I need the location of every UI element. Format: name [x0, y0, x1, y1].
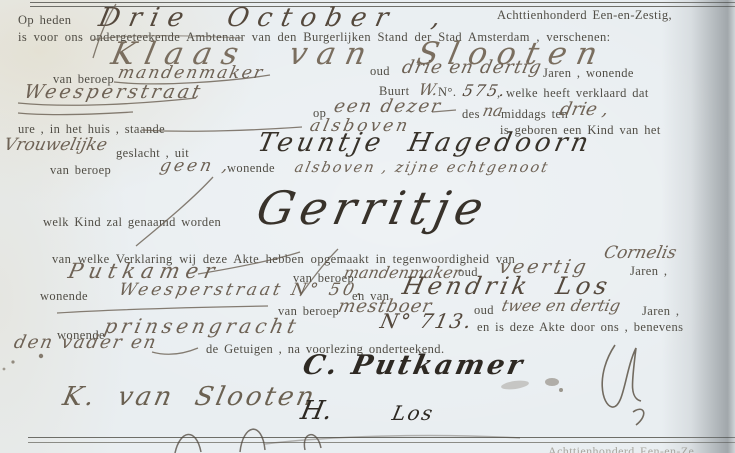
printed-jaren-3: Jaren , — [642, 304, 679, 319]
flourish-vader-tail — [152, 348, 198, 354]
hw-gender: Vrouwelijke — [2, 135, 109, 155]
printed-welk-kind: welk Kind zal genaamd worden — [43, 215, 221, 230]
printed-van-beroep-2: van beroep — [50, 163, 111, 178]
hw-den-vader: den vader en — [12, 332, 160, 353]
hw-witness1-address: Weesperstraat N° 50. — [117, 280, 367, 300]
hw-birth-hour: drie , — [558, 99, 610, 120]
bottom-rule-1 — [28, 437, 735, 438]
printed-jaren-wonende: Jaren , wonende — [543, 66, 634, 81]
printed-op-heden: Op heden — [18, 13, 71, 28]
official-paraph-curl — [633, 409, 644, 425]
hw-mother-occupation: geen , — [158, 156, 233, 176]
signature-witness2-initial: H. — [298, 396, 335, 426]
official-paraph — [602, 345, 641, 407]
hw-declarant-age: drie en dertig — [400, 57, 544, 78]
bottom-rule-2 — [28, 442, 735, 443]
flourish-dash-left — [18, 112, 133, 115]
printed-akte-door: en is deze Akte door ons , benevens — [477, 320, 683, 335]
flourish-echtgenoot-tail — [136, 177, 213, 246]
printed-year: Achttienhonderd Een-en-Zestig, — [497, 8, 672, 23]
printed-jaren-2: Jaren , — [630, 264, 667, 279]
hw-child-name: Gerritje — [252, 181, 494, 235]
hw-witness2-age: twee en dertig — [500, 296, 622, 315]
hw-mother-name: Teuntje Hagedoorn — [255, 128, 595, 158]
hw-declarant-street: Weesperstraat — [22, 81, 205, 103]
hw-birth-day: een dezer — [332, 96, 444, 117]
flourish-line14-lead — [57, 306, 268, 313]
printed-next-entry-fragment: Achttienhonderd Een-en-Ze — [548, 444, 694, 453]
printed-des: des — [462, 107, 480, 122]
hw-mother-residence: alsboven , zijne echtgenoot — [293, 160, 551, 176]
printed-oud-1: oud — [370, 64, 390, 79]
hw-date: Drie October , — [96, 3, 453, 33]
signature-declarant: K. van Slooten — [60, 382, 320, 412]
printed-wonende-2: wonende — [227, 161, 275, 176]
printed-oud-3: oud — [474, 303, 494, 318]
hw-witness2-houseno: N° 713. — [378, 309, 475, 333]
signature-witness1: C. Putkamer — [300, 350, 528, 381]
hw-declarant-occupation: mandenmaker — [116, 63, 266, 83]
signature-witness2-last: Los — [390, 401, 437, 425]
hw-witness1-first: Cornelis — [602, 243, 678, 263]
printed-wonende-3: wonende — [40, 289, 88, 304]
birth-record-scan: Op heden Drie October , Achttienhonderd … — [0, 0, 735, 453]
